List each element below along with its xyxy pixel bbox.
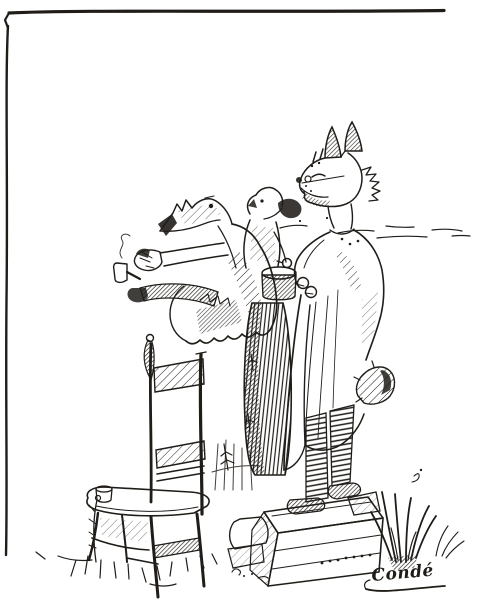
cheek-ruff <box>362 167 380 201</box>
fox-left-ear <box>325 127 341 158</box>
chair <box>87 335 209 598</box>
pipe-smoke <box>120 234 130 258</box>
signature: Condé <box>365 561 445 591</box>
illustration-canvas: Condé <box>0 0 488 600</box>
pipe <box>114 263 127 282</box>
illustration-page: Condé <box>0 0 488 600</box>
trouser-leg <box>306 413 328 502</box>
fox-right-ear <box>345 122 362 151</box>
crates <box>228 492 383 586</box>
spectacle <box>305 176 311 182</box>
fox-paw <box>306 287 317 298</box>
fox-paw <box>298 278 309 289</box>
closed-eye <box>312 174 325 177</box>
horizon-dashes <box>280 217 470 245</box>
fox-tail <box>354 361 395 404</box>
middle-animal <box>244 188 302 268</box>
trouser-leg <box>330 405 354 486</box>
cup-on-seat <box>96 486 112 502</box>
signature-flourish <box>366 586 445 591</box>
fox <box>284 122 395 514</box>
artist-signature: Condé <box>371 561 435 586</box>
nose <box>296 177 302 183</box>
grass-tuft-small <box>436 526 464 558</box>
snout <box>158 214 177 236</box>
